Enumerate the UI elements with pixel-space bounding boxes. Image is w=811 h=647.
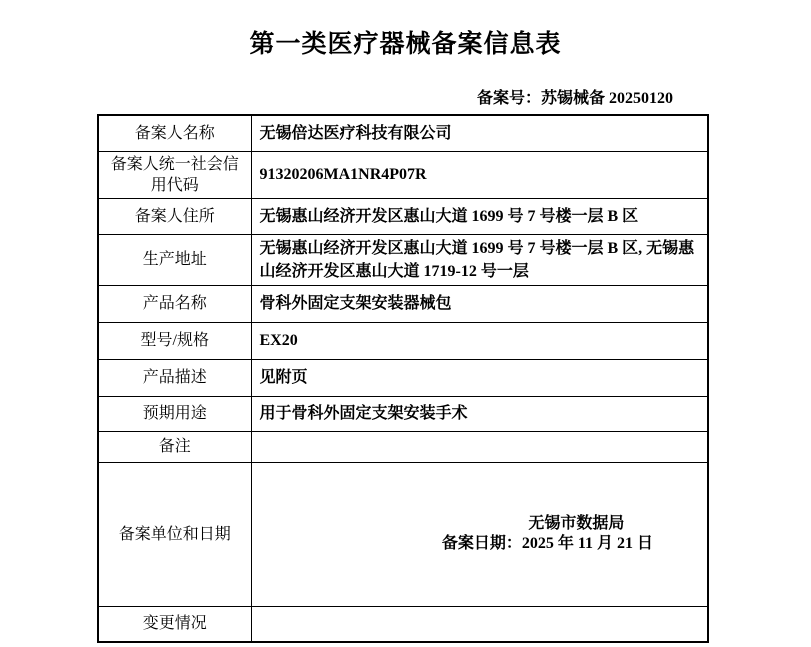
row-label: 生产地址: [98, 234, 251, 285]
row-value: 无锡惠山经济开发区惠山大道 1699 号 7 号楼一层 B 区: [251, 198, 708, 234]
row-value: 无锡惠山经济开发区惠山大道 1699 号 7 号楼一层 B 区, 无锡惠山经济开…: [251, 234, 708, 285]
table-row-registrant-address: 备案人住所 无锡惠山经济开发区惠山大道 1699 号 7 号楼一层 B 区: [98, 198, 708, 234]
row-value: 骨科外固定支架安装器械包: [251, 285, 708, 322]
table-row-model-spec: 型号/规格 EX20: [98, 322, 708, 359]
filing-number-text: 备案号：苏锡械备 20250120: [477, 90, 673, 107]
table-row-remarks: 备注: [98, 431, 708, 462]
row-label: 型号/规格: [98, 322, 251, 359]
filing-date: 备案日期：2025 年 11 月 21 日: [442, 534, 653, 554]
row-value: 用于骨科外固定支架安装手术: [251, 396, 708, 431]
row-value: EX20: [251, 322, 708, 359]
document-title: 第一类医疗器械备案信息表: [0, 30, 811, 58]
row-label: 产品描述: [98, 359, 251, 396]
row-label: 备案人住所: [98, 198, 251, 234]
row-value: 无锡倍达医疗科技有限公司: [251, 115, 708, 151]
row-label: 备案人名称: [98, 115, 251, 151]
table-row-registrant-name: 备案人名称 无锡倍达医疗科技有限公司: [98, 115, 708, 151]
row-value: [251, 431, 708, 462]
row-label: 备案人统一社会信用代码: [98, 151, 251, 198]
row-value: 无锡市数据局 备案日期：2025 年 11 月 21 日: [251, 462, 708, 606]
registration-info-table: 备案人名称 无锡倍达医疗科技有限公司 备案人统一社会信用代码 91320206M…: [97, 114, 709, 643]
table-row-product-name: 产品名称 骨科外固定支架安装器械包: [98, 285, 708, 322]
table-row-credit-code: 备案人统一社会信用代码 91320206MA1NR4P07R: [98, 151, 708, 198]
table-row-production-address: 生产地址 无锡惠山经济开发区惠山大道 1699 号 7 号楼一层 B 区, 无锡…: [98, 234, 708, 285]
table-row-intended-use: 预期用途 用于骨科外固定支架安装手术: [98, 396, 708, 431]
filing-number: 备案号：苏锡械备 20250120: [97, 89, 707, 108]
document-page: 第一类医疗器械备案信息表 备案号：苏锡械备 20250120 备案人名称 无锡倍…: [0, 0, 811, 647]
row-label: 备注: [98, 431, 251, 462]
row-label: 备案单位和日期: [98, 462, 251, 606]
row-value: 见附页: [251, 359, 708, 396]
table-row-change-status: 变更情况: [98, 606, 708, 642]
row-value: 91320206MA1NR4P07R: [251, 151, 708, 198]
table-row-product-description: 产品描述 见附页: [98, 359, 708, 396]
row-value: [251, 606, 708, 642]
row-label: 产品名称: [98, 285, 251, 322]
filing-unit: 无锡市数据局: [471, 514, 682, 534]
row-label: 变更情况: [98, 606, 251, 642]
filing-unit-date-block: 无锡市数据局 备案日期：2025 年 11 月 21 日: [442, 514, 653, 554]
table-row-filing-unit-date: 备案单位和日期 无锡市数据局 备案日期：2025 年 11 月 21 日: [98, 462, 708, 606]
row-label: 预期用途: [98, 396, 251, 431]
